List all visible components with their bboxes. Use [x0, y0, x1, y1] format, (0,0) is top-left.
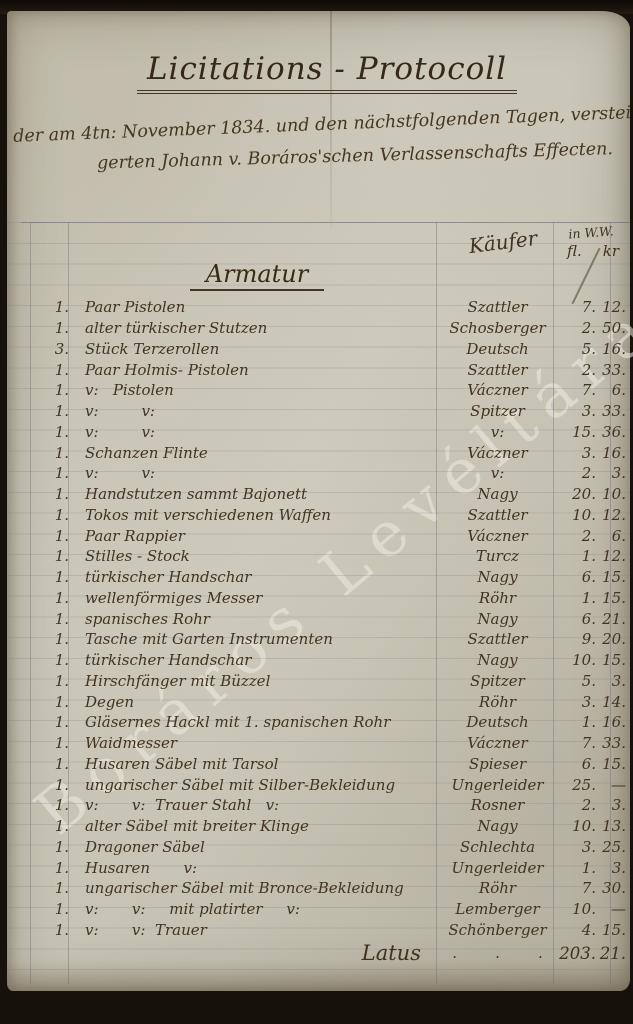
table-row: 1. alter türkischer Stutzen Schosberger … — [23, 318, 630, 339]
section-title: Armatur — [145, 260, 369, 288]
price-florin: 1. — [556, 589, 596, 607]
page-bottom-curl — [7, 961, 630, 991]
price-florin: 7. — [556, 298, 596, 316]
buyer-name: Nagy — [439, 610, 556, 628]
buyer-name: Schosberger — [439, 319, 556, 337]
item-description: Degen — [71, 693, 439, 711]
price-florin: 2. — [556, 464, 596, 482]
item-description: Husaren Säbel mit Tarsol — [71, 755, 439, 773]
price-florin: 3. — [556, 402, 596, 420]
item-description: Husaren v: — [71, 859, 439, 877]
price-kreuzer: 14. — [596, 693, 630, 711]
table-row: 1. v: v: mit platirter v: Lemberger 10. … — [23, 899, 630, 920]
table-row: 1. Hirschfänger mit Büzzel Spitzer 5. 3. — [23, 671, 630, 692]
table-row: 1. Waidmesser Váczner 7. 33. — [23, 733, 630, 754]
table-row: 1. Stilles - Stock Turcz 1. 12. — [23, 546, 630, 567]
buyer-name: Váczner — [439, 444, 556, 462]
price-florin: 2. — [556, 796, 596, 814]
table-row: 1. Husaren Säbel mit Tarsol Spieser 6. 1… — [23, 754, 630, 775]
buyer-name: Röhr — [439, 589, 556, 607]
table-header-currency: in W.W. fl. kr — [555, 225, 627, 260]
price-kreuzer: 12. — [596, 506, 630, 524]
table-row: 1. Tasche mit Garten Instrumenten Szattl… — [23, 629, 630, 650]
item-description: v: v: — [71, 464, 439, 482]
table-row: 1. alter Säbel mit breiter Klinge Nagy 1… — [23, 816, 630, 837]
price-florin: 2. — [556, 527, 596, 545]
item-description: wellenförmiges Messer — [71, 589, 439, 607]
table-row: 1. Paar Holmis- Pistolen Szattler 2. 33. — [23, 359, 630, 380]
table-row: 1. Gläsernes Hackl mit 1. spanischen Roh… — [23, 712, 630, 733]
item-count: 1. — [23, 921, 71, 939]
table-row: 1. Dragoner Säbel Schlechta 3. 25. — [23, 837, 630, 858]
item-count: 1. — [23, 547, 71, 565]
price-florin: 10. — [556, 817, 596, 835]
buyer-name: Schönberger — [439, 921, 556, 939]
document-page: Boráros Levéltára Licitations - Protocol… — [7, 11, 630, 991]
price-kreuzer: 15. — [596, 755, 630, 773]
buyer-name: Lemberger — [439, 900, 556, 918]
price-florin: 10. — [556, 900, 596, 918]
latus-total-kr: 21. — [596, 944, 630, 963]
price-florin: 15. — [556, 423, 596, 441]
item-count: 1. — [23, 900, 71, 918]
item-count: 1. — [23, 527, 71, 545]
item-count: 1. — [23, 610, 71, 628]
buyer-name: Spieser — [439, 755, 556, 773]
item-count: 1. — [23, 879, 71, 897]
item-count: 1. — [23, 734, 71, 752]
price-kreuzer: 33. — [596, 734, 630, 752]
price-kreuzer: 16. — [596, 340, 630, 358]
buyer-name: v: — [439, 464, 556, 482]
table-row: 1. Handstutzen sammt Bajonett Nagy 20. 1… — [23, 484, 630, 505]
item-description: spanisches Rohr — [71, 610, 439, 628]
buyer-name: Deutsch — [439, 340, 556, 358]
latus-total-fl: 203. — [556, 944, 596, 963]
price-kreuzer: 3. — [596, 464, 630, 482]
item-description: Paar Holmis- Pistolen — [71, 361, 439, 379]
buyer-name: Nagy — [439, 568, 556, 586]
table-row: 1. Paar Rappier Váczner 2. 6. — [23, 525, 630, 546]
price-florin: 6. — [556, 755, 596, 773]
item-count: 1. — [23, 298, 71, 316]
buyer-name: Schlechta — [439, 838, 556, 856]
item-count: 3. — [23, 340, 71, 358]
table-row: 1. Tokos mit verschiedenen Waffen Szattl… — [23, 505, 630, 526]
item-description: Hirschfänger mit Büzzel — [71, 672, 439, 690]
item-count: 1. — [23, 672, 71, 690]
buyer-name: Spitzer — [439, 672, 556, 690]
item-description: türkischer Handschar — [71, 568, 439, 586]
item-count: 1. — [23, 464, 71, 482]
item-description: v: v: Trauer — [71, 921, 439, 939]
table-row: 1. v: v: v: 15. 36. — [23, 422, 630, 443]
buyer-name: Nagy — [439, 817, 556, 835]
price-florin: 5. — [556, 672, 596, 690]
table-row: 1. v: v: Trauer Schönberger 4. 15. — [23, 920, 630, 941]
item-count: 1. — [23, 713, 71, 731]
item-description: türkischer Handschar — [71, 651, 439, 669]
florin-unit-label: fl. — [567, 242, 582, 260]
table-row: 1. v: v: Spitzer 3. 33. — [23, 401, 630, 422]
price-florin: 5. — [556, 340, 596, 358]
price-kreuzer: 15. — [596, 651, 630, 669]
table-row: 1. Paar Pistolen Szattler 7. 12. — [23, 297, 630, 318]
price-kreuzer: 16. — [596, 444, 630, 462]
table-row: 1. türkischer Handschar Nagy 6. 15. — [23, 567, 630, 588]
item-description: Gläsernes Hackl mit 1. spanischen Rohr — [71, 713, 439, 731]
price-florin: 1. — [556, 859, 596, 877]
section-title-text: Armatur — [190, 260, 324, 291]
price-kreuzer: 50. — [596, 319, 630, 337]
buyer-name: Szattler — [439, 630, 556, 648]
price-kreuzer: 25. — [596, 838, 630, 856]
buyer-name: Szattler — [439, 361, 556, 379]
buyer-name: Spitzer — [439, 402, 556, 420]
item-count: 1. — [23, 796, 71, 814]
item-count: 1. — [23, 506, 71, 524]
item-description: ungarischer Säbel mit Silber-Bekleidung — [71, 776, 439, 794]
item-count: 1. — [23, 402, 71, 420]
price-kreuzer: 3. — [596, 672, 630, 690]
price-kreuzer: 13. — [596, 817, 630, 835]
item-count: 1. — [23, 568, 71, 586]
buyer-name: Nagy — [439, 651, 556, 669]
item-description: Tokos mit verschiedenen Waffen — [71, 506, 439, 524]
buyer-name: Röhr — [439, 693, 556, 711]
page-title-text: Licitations - Protocoll — [137, 51, 517, 94]
item-description: v: v: — [71, 423, 439, 441]
price-florin: 4. — [556, 921, 596, 939]
item-count: 1. — [23, 381, 71, 399]
price-kreuzer: 6. — [596, 527, 630, 545]
price-florin: 20. — [556, 485, 596, 503]
price-florin: 7. — [556, 381, 596, 399]
buyer-name: Nagy — [439, 485, 556, 503]
item-count: 1. — [23, 444, 71, 462]
table-row: 1. türkischer Handschar Nagy 10. 15. — [23, 650, 630, 671]
item-description: v: v: Trauer Stahl v: — [71, 796, 439, 814]
price-kreuzer: 10. — [596, 485, 630, 503]
price-florin: 1. — [556, 713, 596, 731]
auction-table-rows: 1. Paar Pistolen Szattler 7. 12. 1. alte… — [23, 297, 630, 940]
price-kreuzer: — — [596, 900, 630, 918]
price-kreuzer: 33. — [596, 361, 630, 379]
item-count: 1. — [23, 319, 71, 337]
buyer-name: Váczner — [439, 734, 556, 752]
item-description: Dragoner Säbel — [71, 838, 439, 856]
table-row: 1. wellenförmiges Messer Röhr 1. 15. — [23, 588, 630, 609]
price-florin: 1. — [556, 547, 596, 565]
buyer-name: Turcz — [439, 547, 556, 565]
table-row: 3. Stück Terzerollen Deutsch 5. 16. — [23, 339, 630, 360]
item-description: Paar Pistolen — [71, 298, 439, 316]
table-row: 1. v: v: v: 2. 3. — [23, 463, 630, 484]
price-florin: 7. — [556, 734, 596, 752]
buyer-name: Deutsch — [439, 713, 556, 731]
price-kreuzer: 15. — [596, 568, 630, 586]
price-kreuzer: 12. — [596, 298, 630, 316]
latus-dots: . . . — [439, 944, 556, 962]
price-florin: 2. — [556, 361, 596, 379]
price-florin: 10. — [556, 651, 596, 669]
price-kreuzer: 12. — [596, 547, 630, 565]
table-row: 1. Degen Röhr 3. 14. — [23, 691, 630, 712]
subtitle-line-2: gerten Johann v. Boráros'schen Verlassen… — [97, 140, 567, 173]
item-description: Tasche mit Garten Instrumenten — [71, 630, 439, 648]
table-top-border — [21, 222, 630, 223]
item-description: alter Säbel mit breiter Klinge — [71, 817, 439, 835]
item-count: 1. — [23, 589, 71, 607]
item-description: Waidmesser — [71, 734, 439, 752]
item-count: 1. — [23, 693, 71, 711]
item-count: 1. — [23, 485, 71, 503]
price-kreuzer: 33. — [596, 402, 630, 420]
table-row: 1. v: v: Trauer Stahl v: Rosner 2. 3. — [23, 795, 630, 816]
price-florin: 3. — [556, 444, 596, 462]
price-florin: 25. — [556, 776, 596, 794]
price-kreuzer: — — [596, 776, 630, 794]
item-description: v: v: — [71, 402, 439, 420]
price-kreuzer: 16. — [596, 713, 630, 731]
item-count: 1. — [23, 817, 71, 835]
buyer-name: Váczner — [439, 527, 556, 545]
item-count: 1. — [23, 859, 71, 877]
price-kreuzer: 15. — [596, 921, 630, 939]
item-count: 1. — [23, 361, 71, 379]
price-kreuzer: 21. — [596, 610, 630, 628]
item-description: Paar Rappier — [71, 527, 439, 545]
price-kreuzer: 30. — [596, 879, 630, 897]
price-kreuzer: 20. — [596, 630, 630, 648]
buyer-name: Szattler — [439, 298, 556, 316]
item-count: 1. — [23, 776, 71, 794]
buyer-name: Váczner — [439, 381, 556, 399]
table-row: 1. ungarischer Säbel mit Silber-Bekleidu… — [23, 774, 630, 795]
price-florin: 3. — [556, 838, 596, 856]
buyer-name: Rosner — [439, 796, 556, 814]
buyer-name: Ungerleider — [439, 859, 556, 877]
item-description: v: v: mit platirter v: — [71, 900, 439, 918]
table-row: 1. Schanzen Flinte Váczner 3. 16. — [23, 442, 630, 463]
item-description: Schanzen Flinte — [71, 444, 439, 462]
buyer-name: Szattler — [439, 506, 556, 524]
buyer-name: Röhr — [439, 879, 556, 897]
buyer-name: Ungerleider — [439, 776, 556, 794]
price-florin: 3. — [556, 693, 596, 711]
price-kreuzer: 3. — [596, 859, 630, 877]
price-kreuzer: 3. — [596, 796, 630, 814]
price-florin: 10. — [556, 506, 596, 524]
item-count: 1. — [23, 755, 71, 773]
item-count: 1. — [23, 838, 71, 856]
item-description: Stilles - Stock — [71, 547, 439, 565]
page-title: Licitations - Protocoll — [135, 51, 519, 87]
item-description: Handstutzen sammt Bajonett — [71, 485, 439, 503]
item-count: 1. — [23, 651, 71, 669]
kreuzer-unit-label: kr — [603, 242, 619, 260]
price-kreuzer: 6. — [596, 381, 630, 399]
price-kreuzer: 15. — [596, 589, 630, 607]
item-description: v: Pistolen — [71, 381, 439, 399]
item-description: ungarischer Säbel mit Bronce-Bekleidung — [71, 879, 439, 897]
price-kreuzer: 36. — [596, 423, 630, 441]
table-row: 1. v: Pistolen Váczner 7. 6. — [23, 380, 630, 401]
table-row: 1. Husaren v: Ungerleider 1. 3. — [23, 857, 630, 878]
price-florin: 7. — [556, 879, 596, 897]
item-description: Stück Terzerollen — [71, 340, 439, 358]
buyer-name: v: — [439, 423, 556, 441]
item-description: alter türkischer Stutzen — [71, 319, 439, 337]
price-florin: 6. — [556, 610, 596, 628]
item-count: 1. — [23, 423, 71, 441]
price-florin: 2. — [556, 319, 596, 337]
table-row: 1. ungarischer Säbel mit Bronce-Bekleidu… — [23, 878, 630, 899]
table-row: 1. spanisches Rohr Nagy 6. 21. — [23, 608, 630, 629]
price-florin: 9. — [556, 630, 596, 648]
item-count: 1. — [23, 630, 71, 648]
price-florin: 6. — [556, 568, 596, 586]
